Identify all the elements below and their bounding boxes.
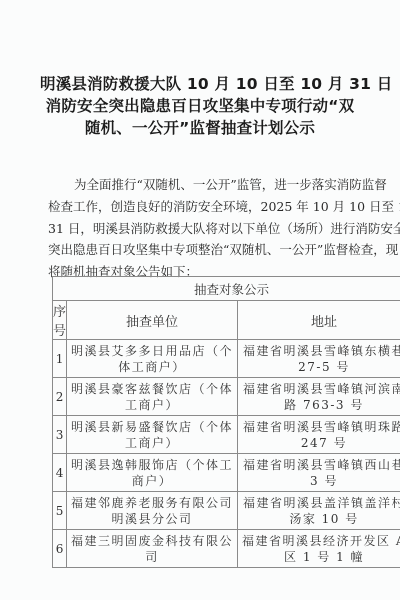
unit-line: 明溪县新易盛餐饮店（个体 bbox=[71, 419, 233, 435]
unit-line: 明溪县艾多多日用品店（个 bbox=[71, 343, 233, 359]
table-row: 5 福建邻鹿养老服务有限公司 明溪县分公司 福建省明溪县盖洋镇盖洋村 汤家 10… bbox=[53, 492, 400, 530]
row-seq: 1 bbox=[53, 340, 67, 378]
row-unit: 明溪县新易盛餐饮店（个体 工商户） bbox=[67, 416, 238, 454]
unit-line: 商户） bbox=[71, 473, 233, 489]
address-line: 区 1 号 1 幢 bbox=[242, 549, 400, 565]
address-line: 247 号 bbox=[242, 435, 400, 451]
address-line: 福建省明溪县雪峰镇明珠路 bbox=[242, 419, 400, 435]
row-seq: 2 bbox=[53, 378, 67, 416]
unit-line: 明溪县分公司 bbox=[71, 511, 233, 527]
address-line: 福建省明溪县雪峰镇西山巷 bbox=[242, 457, 400, 473]
row-address: 福建省明溪县雪峰镇西山巷 3 号 bbox=[238, 454, 400, 492]
table-row: 2 明溪县豪客兹餐饮店（个体 工商户） 福建省明溪县雪峰镇河滨南 路 763-3… bbox=[53, 378, 400, 416]
row-seq: 6 bbox=[53, 530, 67, 568]
address-line: 汤家 10 号 bbox=[242, 511, 400, 527]
title-line-1: 明溪县消防救援大队 10 月 10 日至 10 月 31 日 bbox=[40, 73, 360, 95]
row-seq: 4 bbox=[53, 454, 67, 492]
unit-line: 体工商户） bbox=[71, 359, 233, 375]
table-row: 3 明溪县新易盛餐饮店（个体 工商户） 福建省明溪县雪峰镇明珠路 247 号 bbox=[53, 416, 400, 454]
table-header-row: 序号 抽查单位 地址 bbox=[53, 301, 400, 340]
row-unit: 明溪县逸韩服饰店（个体工 商户） bbox=[67, 454, 238, 492]
unit-line: 工商户） bbox=[71, 435, 233, 451]
inspection-targets-table: 抽查对象公示 序号 抽查单位 地址 1 明溪县艾多多日用品店（个 体工商户） 福… bbox=[52, 276, 400, 568]
unit-line: 福建三明固废金科技有限公 bbox=[71, 533, 233, 549]
unit-line: 福建邻鹿养老服务有限公司 bbox=[71, 495, 233, 511]
title-line-3: 随机、一公开”监督抽查计划公示 bbox=[40, 117, 360, 139]
unit-line: 司 bbox=[71, 549, 233, 565]
row-seq: 5 bbox=[53, 492, 67, 530]
row-unit: 明溪县艾多多日用品店（个 体工商户） bbox=[67, 340, 238, 378]
unit-line: 工商户） bbox=[71, 397, 233, 413]
title-line-2: 消防安全突出隐患百日攻坚集中专项行动“双 bbox=[40, 95, 360, 117]
address-line: 路 763-3 号 bbox=[242, 397, 400, 413]
row-address: 福建省明溪县经济开发区 A 区 1 号 1 幢 bbox=[238, 530, 400, 568]
unit-line: 明溪县豪客兹餐饮店（个体 bbox=[71, 381, 233, 397]
address-line: 福建省明溪县雪峰镇河滨南 bbox=[242, 381, 400, 397]
row-seq: 3 bbox=[53, 416, 67, 454]
row-unit: 福建邻鹿养老服务有限公司 明溪县分公司 bbox=[67, 492, 238, 530]
paragraph-line-1: 为全面推行“双随机、一公开”监管，进一步落实消防监督 bbox=[48, 174, 352, 196]
row-unit: 福建三明固废金科技有限公 司 bbox=[67, 530, 238, 568]
address-line: 福建省明溪县雪峰镇东横巷 bbox=[242, 343, 400, 359]
table-row: 4 明溪县逸韩服饰店（个体工 商户） 福建省明溪县雪峰镇西山巷 3 号 bbox=[53, 454, 400, 492]
table-row: 1 明溪县艾多多日用品店（个 体工商户） 福建省明溪县雪峰镇东横巷 27-5 号 bbox=[53, 340, 400, 378]
row-address: 福建省明溪县盖洋镇盖洋村 汤家 10 号 bbox=[238, 492, 400, 530]
unit-line: 明溪县逸韩服饰店（个体工 bbox=[71, 457, 233, 473]
address-line: 3 号 bbox=[242, 473, 400, 489]
header-seq: 序号 bbox=[53, 301, 67, 340]
paragraph-line-2: 检查工作，创造良好的消防安全环境，2025 年 10 月 10 日至 10 月 bbox=[48, 196, 352, 218]
address-line: 福建省明溪县盖洋镇盖洋村 bbox=[242, 495, 400, 511]
paragraph-line-3: 31 日，明溪县消防救援大队将对以下单位（场所）进行消防安全 bbox=[48, 218, 352, 240]
address-line: 27-5 号 bbox=[242, 359, 400, 375]
paragraph-line-4: 突出隐患百日攻坚集中专项整治“双随机、一公开”监督检查，现 bbox=[48, 239, 352, 261]
document-title: 明溪县消防救援大队 10 月 10 日至 10 月 31 日 消防安全突出隐患百… bbox=[40, 73, 360, 139]
table-caption-row: 抽查对象公示 bbox=[53, 277, 400, 301]
address-line: 福建省明溪县经济开发区 A bbox=[242, 533, 400, 549]
row-address: 福建省明溪县雪峰镇东横巷 27-5 号 bbox=[238, 340, 400, 378]
intro-paragraph: 为全面推行“双随机、一公开”监管，进一步落实消防监督 检查工作，创造良好的消防安… bbox=[48, 174, 352, 283]
header-address: 地址 bbox=[238, 301, 400, 340]
table-row: 6 福建三明固废金科技有限公 司 福建省明溪县经济开发区 A 区 1 号 1 幢 bbox=[53, 530, 400, 568]
table-caption: 抽查对象公示 bbox=[53, 277, 400, 301]
row-unit: 明溪县豪客兹餐饮店（个体 工商户） bbox=[67, 378, 238, 416]
row-address: 福建省明溪县雪峰镇河滨南 路 763-3 号 bbox=[238, 378, 400, 416]
header-unit: 抽查单位 bbox=[67, 301, 238, 340]
row-address: 福建省明溪县雪峰镇明珠路 247 号 bbox=[238, 416, 400, 454]
